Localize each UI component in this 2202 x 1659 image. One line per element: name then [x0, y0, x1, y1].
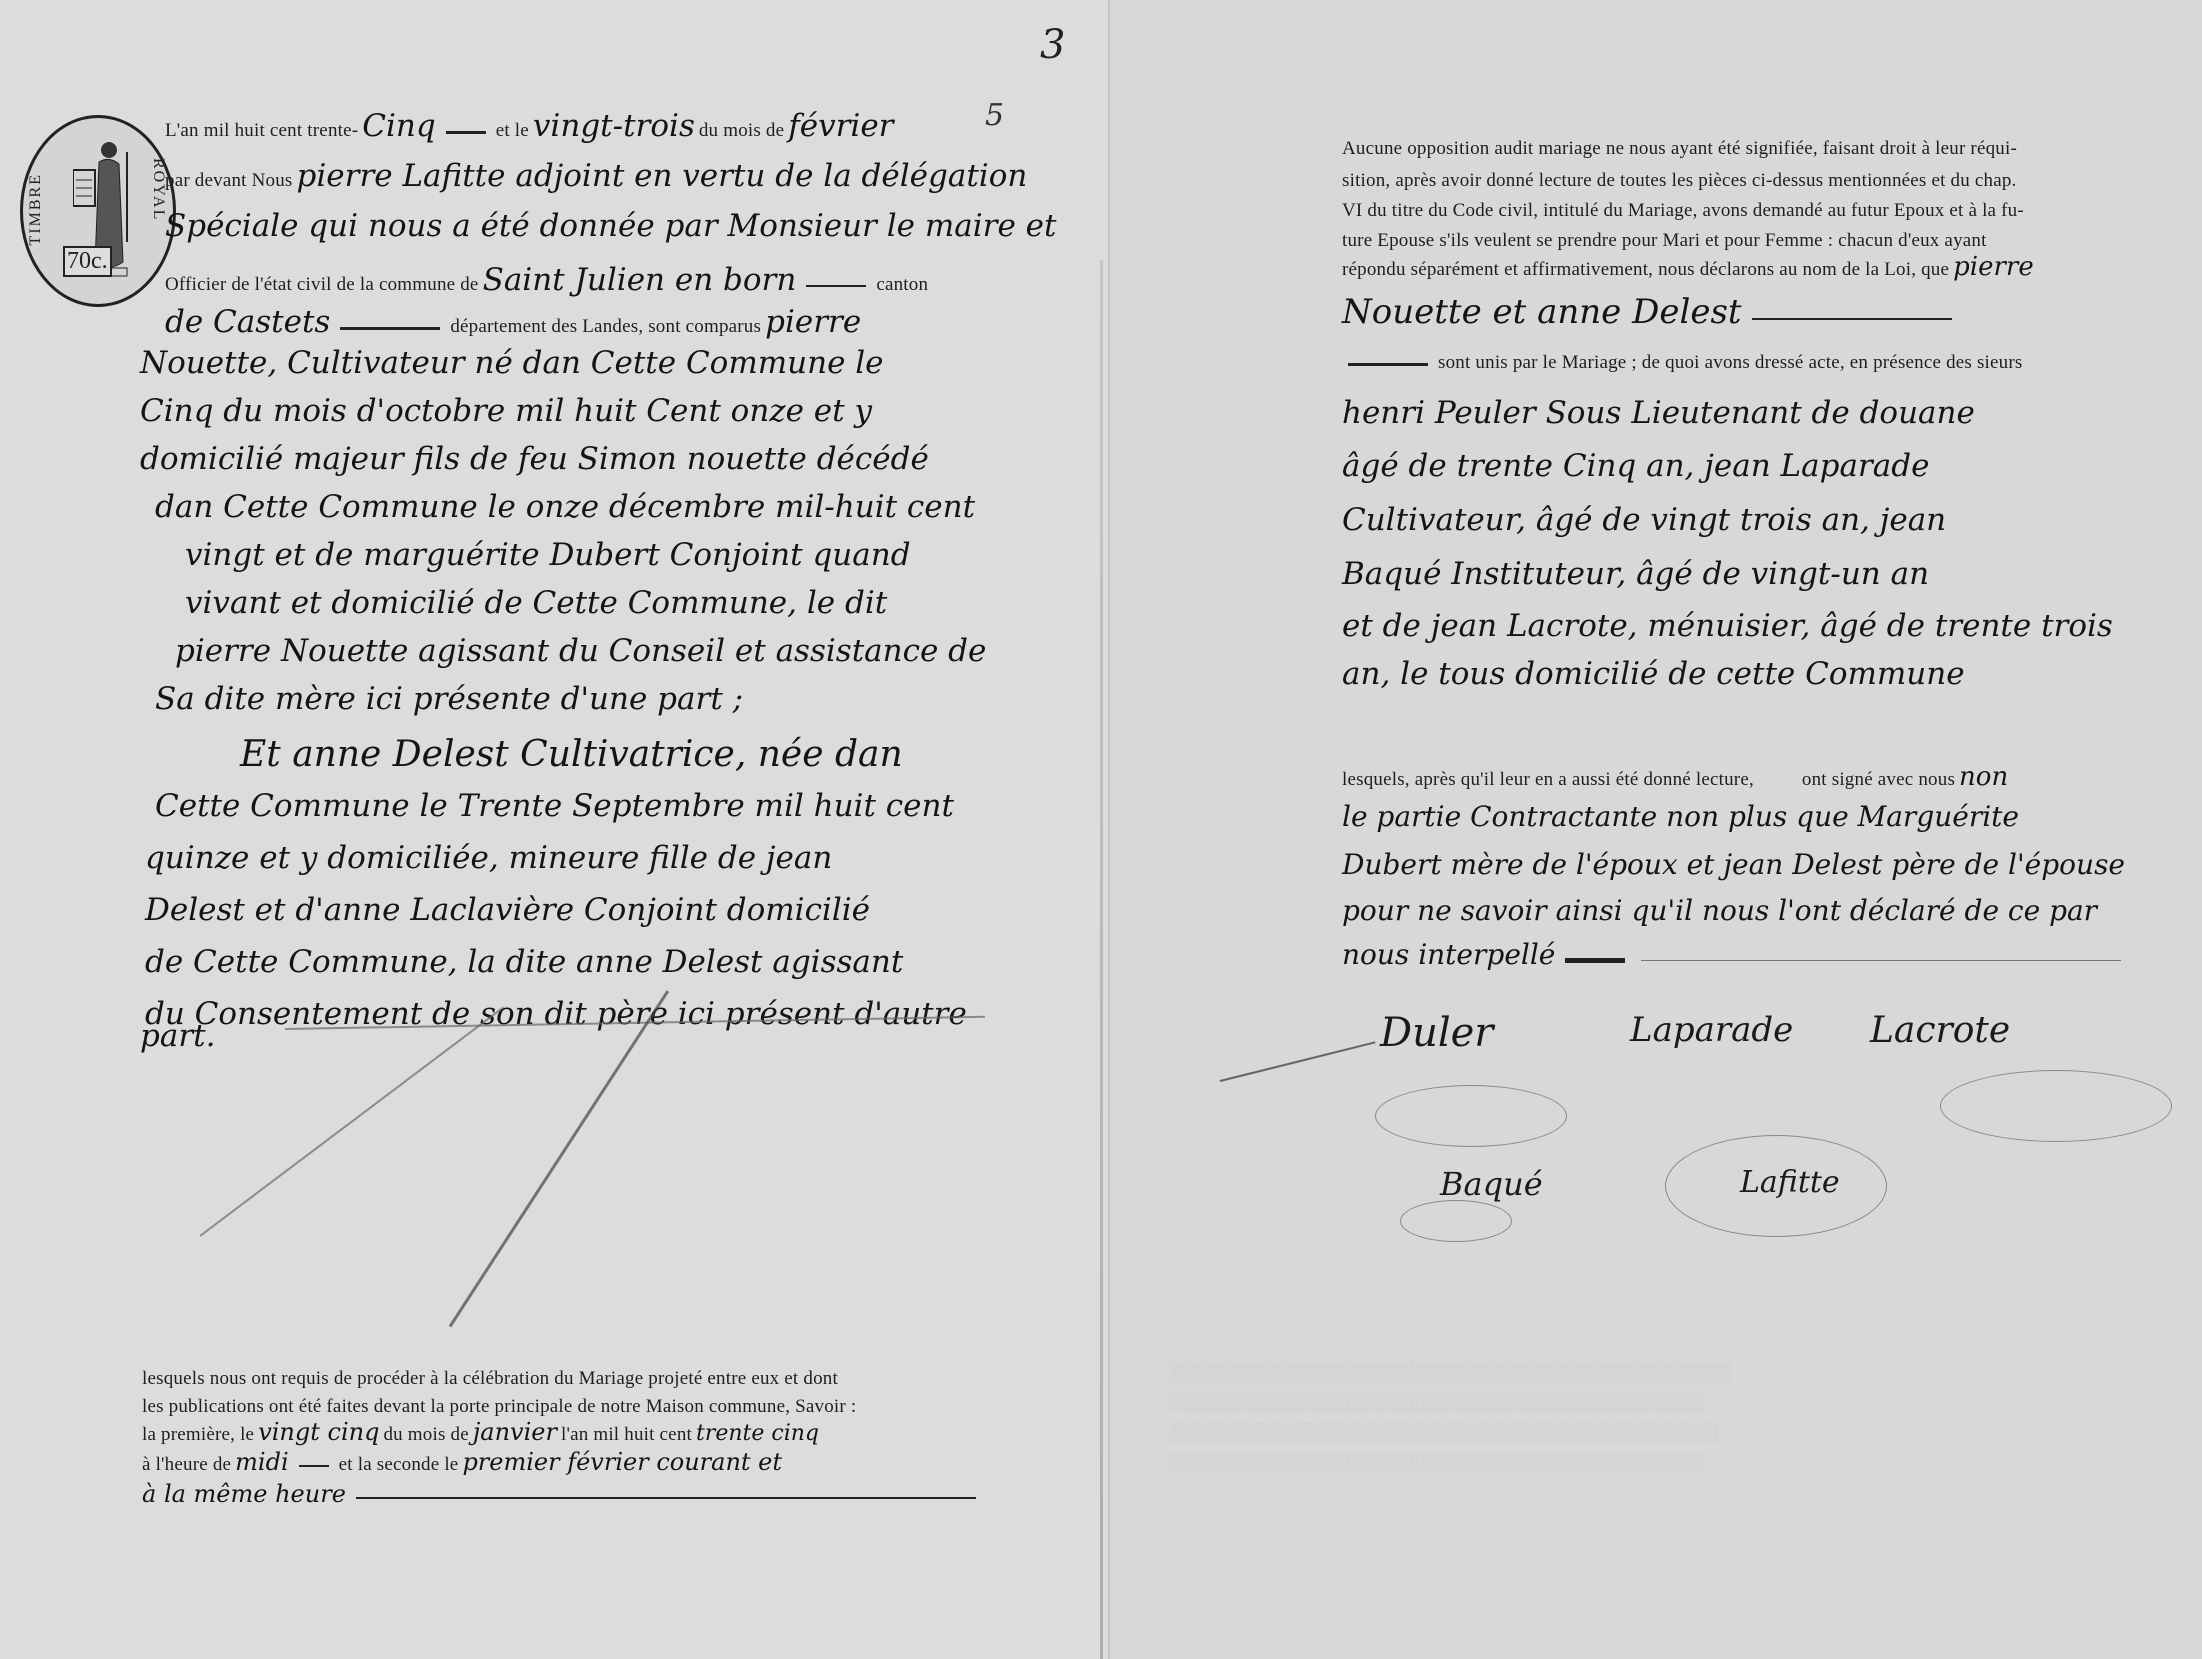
blank-fill-line — [356, 1497, 976, 1499]
act-line-17: Delest et d'anne Laclavière Conjoint dom… — [145, 892, 870, 928]
act-line-12: pierre Nouette agissant du Conseil et as… — [175, 633, 986, 669]
handwritten-text: trente cinq — [696, 1421, 819, 1446]
bottom-line-4: à l'heure de midi et la seconde le premi… — [142, 1448, 782, 1476]
printed-text: Officier de l'état civil de la commune d… — [165, 274, 479, 295]
printed-text: département des Landes, sont comparus — [450, 316, 761, 337]
signature-flourish — [1375, 1085, 1567, 1147]
act-line-7: Cinq du mois d'octobre mil huit Cent onz… — [140, 393, 872, 429]
handwritten-text: Nouette et anne Delest — [1342, 292, 1742, 332]
signature-flourish — [1665, 1135, 1887, 1237]
act-line-5: de Castets département des Landes, sont … — [165, 304, 861, 340]
signature-flourish — [1940, 1070, 2172, 1142]
blank-fill-line — [340, 327, 440, 330]
binding-gutter — [1100, 260, 1103, 1659]
bleed-through-text: ░░░░░░░░░░░░░░░░░░░░░░░░░░░░░░░░░░░░░░░░… — [1170, 1362, 1731, 1383]
opposition-line-1: Aucune opposition audit mariage ne nous … — [1342, 138, 2017, 160]
printed-text: la première, le — [142, 1424, 254, 1445]
handwritten-text: pierre — [765, 304, 861, 340]
printed-text: L'an mil huit cent trente- — [165, 120, 358, 141]
printed-text: et la seconde le — [339, 1454, 459, 1475]
handwritten-text: vingt cinq — [258, 1418, 379, 1446]
united-line: sont unis par le Mariage ; de quoi avons… — [1342, 352, 2023, 374]
act-line-11: vivant et domicilié de Cette Commune, le… — [185, 585, 887, 621]
opposition-line-2: sition, après avoir donné lecture de tou… — [1342, 170, 2016, 192]
handwritten-text: à la même heure — [142, 1480, 346, 1508]
act-line-15: Cette Commune le Trente Septembre mil hu… — [155, 788, 954, 824]
stamp-price: 70c. — [63, 246, 112, 277]
signature-lacrote: Lacrote — [1870, 1010, 2010, 1051]
witness-line-6: an, le tous domicilié de cette Commune — [1342, 656, 1965, 692]
printed-text: du mois de — [383, 1424, 468, 1445]
handwritten-text: pierre Lafitte adjoint en vertu de la dé… — [297, 158, 1028, 194]
printed-text: canton — [876, 274, 928, 295]
act-line-1: L'an mil huit cent trente- Cinq et le vi… — [165, 108, 893, 144]
act-line-13: Sa dite mère ici présente d'une part ; — [155, 681, 743, 717]
handwritten-text: de Castets — [165, 304, 330, 340]
act-line-16: quinze et y domiciliée, mineure fille de… — [145, 840, 832, 876]
printed-text: lesquels, après qu'il leur en a aussi ét… — [1342, 769, 1754, 790]
timbre-royal-stamp: TIMBRE ROYAL 70c. — [20, 115, 176, 307]
printed-text: du mois de — [699, 120, 784, 141]
handwritten-text: février — [788, 108, 893, 144]
blank-fill-line — [1565, 958, 1625, 963]
act-line-6: Nouette, Cultivateur né dan Cette Commun… — [140, 345, 884, 381]
witness-line-2: âgé de trente Cinq an, jean Laparade — [1342, 448, 1929, 484]
stamp-left-text: TIMBRE — [27, 173, 45, 245]
handwritten-text: part. — [140, 1018, 215, 1054]
printed-text: ont signé avec nous — [1802, 769, 1955, 790]
act-line-3: Spéciale qui nous a été donnée par Monsi… — [165, 208, 1056, 244]
witness-line-1: henri Peuler Sous Lieutenant de douane — [1342, 395, 1975, 431]
bottom-line-3: la première, le vingt cinq du mois de ja… — [142, 1418, 819, 1446]
witness-line-3: Cultivateur, âgé de vingt trois an, jean — [1342, 502, 1946, 538]
act-line-2: par devant Nous pierre Lafitte adjoint e… — [165, 158, 1027, 194]
handwritten-text: Spéciale qui nous a été donnée par Monsi… — [165, 208, 1056, 244]
signing-line: lesquels, après qu'il leur en a aussi ét… — [1342, 762, 2008, 792]
printed-text: et le — [496, 120, 529, 141]
bottom-line-5: à la même heure — [142, 1480, 982, 1508]
page-number: 3 — [1040, 22, 1065, 68]
witness-line-5: et de jean Lacrote, ménuisier, âgé de tr… — [1342, 608, 2113, 644]
spouse-names-line: Nouette et anne Delest — [1342, 292, 1958, 332]
printed-text: sont unis par le Mariage ; de quoi avons… — [1438, 352, 2023, 373]
opposition-line-3: VI du titre du Code civil, intitulé du M… — [1342, 200, 2024, 222]
handwritten-text: pierre — [1953, 252, 2034, 282]
signature-baque: Baqué — [1440, 1165, 1543, 1203]
bottom-line-1: lesquels nous ont requis de procéder à l… — [142, 1368, 838, 1390]
blank-fill-line — [446, 131, 486, 134]
handwritten-text: midi — [235, 1448, 288, 1476]
act-line-14: Et anne Delest Cultivatrice, née dan — [240, 734, 903, 775]
handwritten-text: premier février courant et — [462, 1448, 782, 1476]
bleed-through-text: ░░░░░░░░░░░░░░░░░░░░░░░░░░░░░░░░░░░░░░░░… — [1170, 1392, 1706, 1413]
signing-hand-line-1: le partie Contractante non plus que Marg… — [1342, 800, 2019, 833]
act-line-8: domicilié majeur fils de feu Simon nouet… — [140, 441, 929, 477]
handwritten-text: nous interpellé — [1342, 938, 1555, 971]
bleed-through-text: ░░░░░░░░░░░░░░░░░░░░░░░░░░░░░░░░░░░░░░░░… — [1170, 1422, 1718, 1443]
handwritten-text: Cinq — [362, 108, 435, 144]
signing-hand-line-4: nous interpellé — [1342, 938, 2127, 971]
blank-fill-line — [806, 285, 866, 287]
printed-text: répondu séparément et affirmativement, n… — [1342, 259, 1949, 280]
opposition-line-4: ture Epouse s'ils veulent se prendre pou… — [1342, 230, 1987, 252]
bleed-through-text: ░░░░░░░░░░░░░░░░░░░░░░░░░░░░░░░░░░░░░░░░… — [1170, 1452, 1706, 1473]
handwritten-text: vingt-trois — [533, 108, 695, 144]
act-line-9: dan Cette Commune le onze décembre mil-h… — [155, 489, 975, 525]
blank-fill-line — [1641, 960, 2121, 961]
act-line-10: vingt et de marguérite Dubert Conjoint q… — [185, 537, 911, 573]
printed-text: par devant Nous — [165, 170, 293, 191]
margin-mark: 5 — [985, 98, 1004, 133]
opposition-line-5: répondu séparément et affirmativement, n… — [1342, 252, 2034, 282]
signing-hand-line-3: pour ne savoir ainsi qu'il nous l'ont dé… — [1342, 894, 2097, 927]
blank-fill-line — [1752, 318, 1952, 320]
signature-duler: Duler — [1380, 1010, 1493, 1056]
bottom-line-2: les publications ont été faites devant l… — [142, 1396, 856, 1418]
witness-line-4: Baqué Instituteur, âgé de vingt-un an — [1342, 556, 1929, 592]
left-page: 3 5 TIMBRE ROYAL 70c. L'an mil huit cent… — [0, 0, 1108, 1659]
signing-hand-line-2: Dubert mère de l'époux et jean Delest pè… — [1342, 848, 2125, 881]
signature-flourish — [1220, 1041, 1376, 1082]
handwritten-text: Saint Julien en born — [483, 262, 797, 298]
act-line-4: Officier de l'état civil de la commune d… — [165, 262, 928, 298]
printed-text: à l'heure de — [142, 1454, 231, 1475]
blank-fill-line — [1348, 363, 1428, 366]
blank-fill-line — [299, 1465, 329, 1467]
handwritten-text: janvier — [473, 1418, 557, 1446]
printed-text: l'an mil huit cent — [561, 1424, 692, 1445]
act-line-18: de Cette Commune, la dite anne Delest ag… — [145, 944, 903, 980]
signature-laparade: Laparade — [1630, 1010, 1793, 1050]
handwritten-text: non — [1959, 762, 2008, 792]
signature-flourish — [1400, 1200, 1512, 1242]
